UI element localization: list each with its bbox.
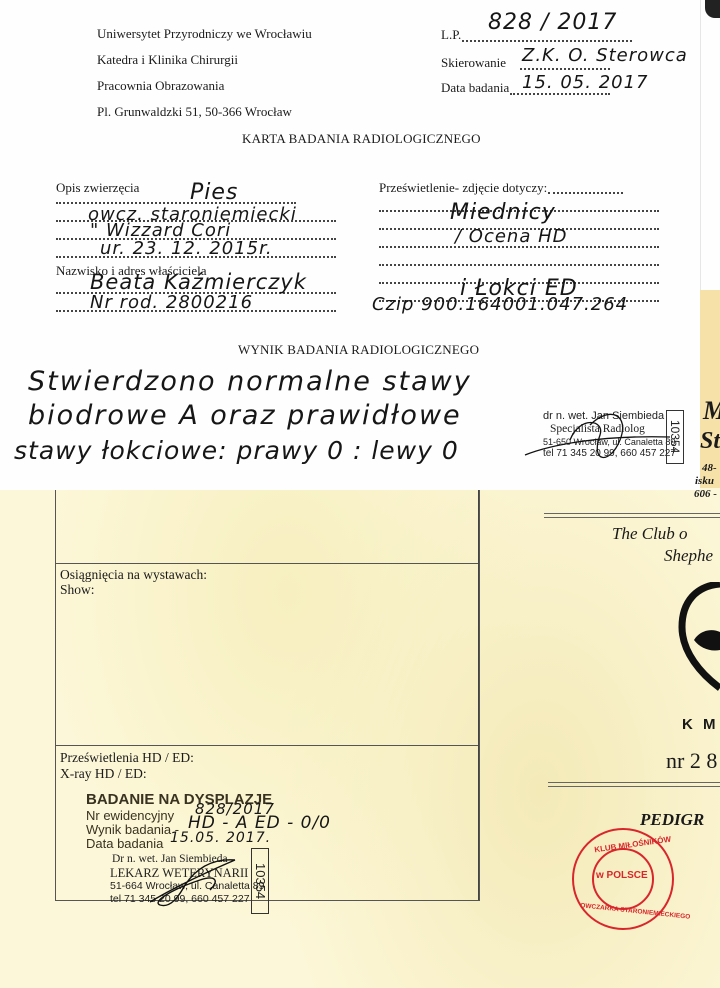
- lp-label: L.P.: [441, 27, 461, 43]
- pedigree-title: PEDIGR: [640, 810, 704, 830]
- dysplazja-data-value: 15.05. 2017.: [170, 830, 271, 846]
- xray-label: Prześwietlenia HD / ED:: [60, 750, 194, 766]
- column-divider: [478, 480, 479, 900]
- data-badania-label: Data badania: [441, 80, 509, 96]
- pedigree-number: nr 2 8: [666, 748, 717, 774]
- double-rule: [548, 782, 720, 787]
- institution-line2: Katedra i Klinika Chirurgii: [97, 52, 238, 68]
- institution-line1: Uniwersytet Przyrodniczy we Wrocławiu: [97, 26, 312, 42]
- card-title: KARTA BADANIA RADIOLOGICZNEGO: [242, 131, 481, 147]
- stamp-center-text: w POLSCE: [596, 870, 648, 881]
- signature-icon: [520, 395, 700, 470]
- lp-value: 828 / 2017: [488, 10, 617, 35]
- lp-dots: [462, 40, 632, 42]
- result-title: WYNIK BADANIA RADIOLOGICZNEGO: [238, 342, 479, 358]
- data-badania-value: 15. 05. 2017: [522, 72, 649, 93]
- signature-icon: [140, 850, 260, 910]
- card-edge: [700, 0, 720, 290]
- club-logo-icon: [676, 582, 720, 692]
- chip-number: Czip 900.164001.047.264: [372, 294, 628, 315]
- skierowanie-label: Skierowanie: [441, 55, 506, 71]
- data-badania-dots: [510, 93, 610, 95]
- paper-edge-strip: [700, 288, 720, 488]
- animal-birthdate: ur. 23. 12. 2015r.: [100, 238, 273, 259]
- panel-web: isku: [695, 475, 714, 487]
- double-rule: [544, 513, 720, 518]
- skierowanie-value: Z.K. O. Sterowca: [522, 45, 688, 66]
- club-title-line2: Shephe: [664, 546, 713, 566]
- xray-subject-line1: Miednicy: [450, 200, 556, 225]
- dysplazja-nr-label: Nr ewidencyjny: [86, 808, 174, 823]
- scan-corner: [705, 0, 720, 18]
- dotted-line: [379, 264, 659, 266]
- institution-line4: Pl. Grunwaldzki 51, 50-366 Wrocław: [97, 104, 292, 120]
- animal-species: Pies: [190, 180, 238, 205]
- panel-big-m: M: [703, 396, 720, 426]
- animal-label: Opis zwierzęcia: [56, 180, 139, 196]
- dysplazja-data-label: Data badania: [86, 836, 163, 851]
- row-divider: [55, 563, 478, 564]
- result-line2: biodrowe A oraz prawidłowe: [28, 400, 462, 431]
- xray-subject-line2: / Ocena HD: [455, 226, 567, 247]
- panel-address: 48-: [702, 462, 717, 474]
- achievements-label: Osiągnięcia na wystawach:: [60, 567, 207, 583]
- xray-subject-label: Prześwietlenie- zdjęcie dotyczy:: [379, 180, 547, 196]
- skierowanie-dots: [520, 68, 610, 70]
- club-red-stamp: KLUB MIŁOŚNIKÓW w POLSCE OWCZARKA STARON…: [572, 828, 674, 930]
- panel-phone: 606 -: [694, 488, 717, 500]
- result-line3: stawy łokciowe: prawy 0 : lewy 0: [14, 436, 459, 465]
- club-title-line1: The Club o: [612, 524, 688, 544]
- dotted-line: [548, 192, 623, 194]
- dysplazja-wynik-label: Wynik badania -: [86, 822, 179, 837]
- show-label: Show:: [60, 582, 95, 598]
- xray-label-en: X-ray HD / ED:: [60, 766, 147, 782]
- owner-name: Beata Kaźmierczyk: [90, 270, 307, 294]
- owner-id: Nr rod. 2800216: [90, 292, 253, 313]
- result-line1: Stwierdzono normalne stawy: [28, 366, 472, 397]
- institution-line3: Pracownia Obrazowania: [97, 78, 224, 94]
- row-divider: [55, 745, 478, 746]
- km-letters: K M: [682, 716, 719, 733]
- panel-big-st: St: [700, 428, 720, 455]
